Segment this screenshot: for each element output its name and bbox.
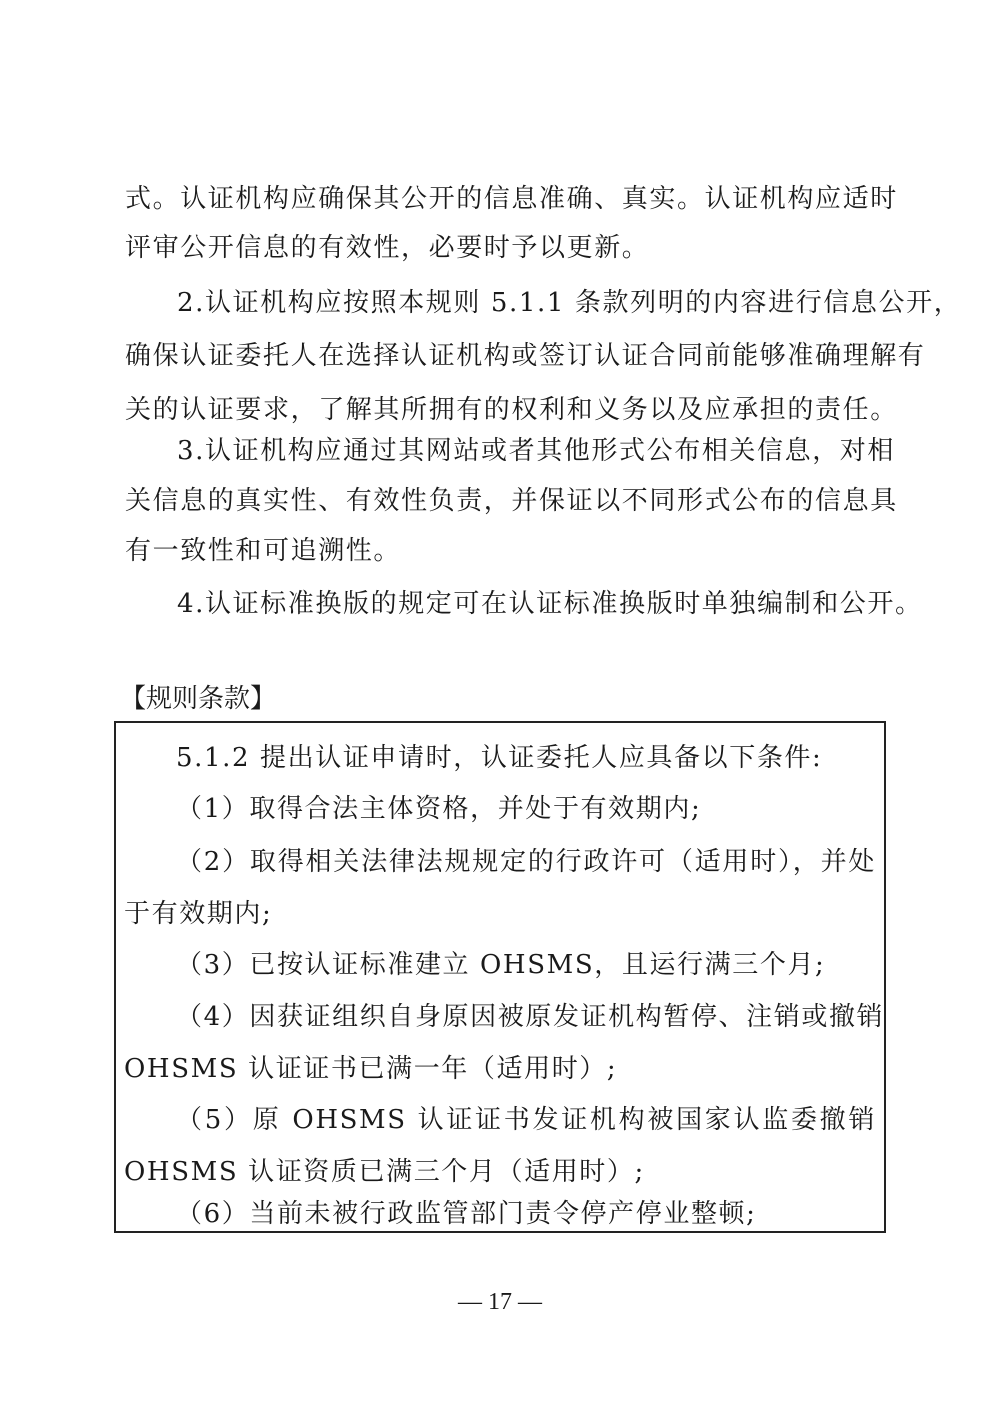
paragraph-4-line-1: 4.认证标准换版的规定可在认证标准换版时单独编制和公开。	[177, 589, 877, 619]
paragraph-2-line-2: 确保认证委托人在选择认证机构或签订认证合同前能够准确理解有	[125, 341, 877, 371]
clause-item-5-line-2: OHSMS 认证资质已满三个月（适用时）;	[124, 1157, 876, 1187]
section-heading: 【规则条款】	[120, 683, 276, 715]
paragraph-1-line-2: 评审公开信息的有效性，必要时予以更新。	[125, 233, 877, 263]
clause-item-6-line-1: （6）当前未被行政监管部门责令停产停业整顿;	[176, 1199, 876, 1229]
paragraph-3-line-2: 关信息的真实性、有效性负责，并保证以不同形式公布的信息具	[125, 486, 877, 516]
paragraph-2-line-3: 关的认证要求，了解其所拥有的权利和义务以及应承担的责任。	[125, 395, 877, 425]
clause-item-3-line-1: （3）已按认证标准建立 OHSMS，且运行满三个月;	[176, 950, 876, 980]
paragraph-3-line-1: 3.认证机构应通过其网站或者其他形式公布相关信息，对相	[177, 436, 877, 466]
rule-clause-box: 5.1.2 提出认证申请时，认证委托人应具备以下条件: （1）取得合法主体资格，…	[114, 721, 886, 1233]
clause-item-2-line-1: （2）取得相关法律法规规定的行政许可（适用时），并处	[176, 847, 876, 877]
paragraph-3-line-3: 有一致性和可追溯性。	[125, 536, 877, 566]
paragraph-2-line-1: 2.认证机构应按照本规则 5.1.1 条款列明的内容进行信息公开，	[177, 288, 877, 318]
clause-item-4-line-2: OHSMS 认证证书已满一年（适用时）;	[124, 1054, 876, 1084]
document-page: 式。认证机构应确保其公开的信息准确、真实。认证机构应适时 评审公开信息的有效性，…	[0, 0, 1000, 1414]
clause-item-4-line-1: （4）因获证组织自身原因被原发证机构暂停、注销或撤销	[176, 1002, 876, 1032]
clause-item-5-line-1: （5）原 OHSMS 认证证书发证机构被国家认监委撤销	[176, 1105, 876, 1135]
clause-item-2-line-2: 于有效期内;	[124, 899, 876, 929]
paragraph-1-line-1: 式。认证机构应确保其公开的信息准确、真实。认证机构应适时	[125, 184, 877, 214]
page-number: — 17 —	[0, 1288, 1000, 1316]
clause-title: 5.1.2 提出认证申请时，认证委托人应具备以下条件:	[176, 743, 876, 773]
clause-item-1-line-1: （1）取得合法主体资格，并处于有效期内;	[176, 794, 876, 824]
